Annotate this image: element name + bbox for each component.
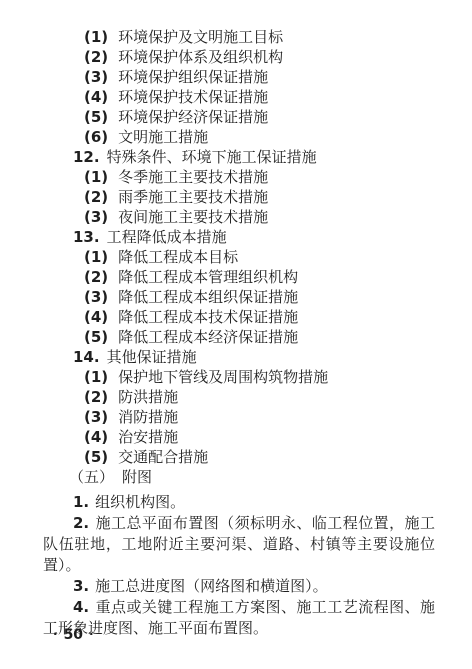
toc-line: (1)环境保护及文明施工目标 (43, 27, 435, 47)
paragraph-marker: 4. (73, 598, 89, 616)
line-text: 附图 (122, 468, 152, 486)
line-text: 交通配合措施 (118, 448, 208, 466)
page-number: ·50· (47, 627, 100, 643)
line-marker: (5) (84, 448, 108, 466)
toc-line: (3)环境保护组织保证措施 (43, 67, 435, 87)
line-marker: (2) (84, 188, 108, 206)
line-marker: (3) (84, 408, 108, 426)
line-marker: (2) (84, 268, 108, 286)
line-marker: 14. (73, 348, 100, 366)
line-marker: (4) (84, 88, 108, 106)
toc-line: (4)治安措施 (43, 427, 435, 447)
line-marker: (2) (84, 48, 108, 66)
line-marker: (6) (84, 128, 108, 146)
appendix-paragraph: 2.施工总平面布置图（须标明永、临工程位置，施工队伍驻地，工地附近主要河渠、道路… (43, 513, 435, 576)
line-text: 雨季施工主要技术措施 (118, 188, 268, 206)
line-text: 环境保护技术保证措施 (118, 88, 268, 106)
toc-line: (6)文明施工措施 (43, 127, 435, 147)
toc-line: (4)环境保护技术保证措施 (43, 87, 435, 107)
toc-line: (2)环境保护体系及组织机构 (43, 47, 435, 67)
page-number-right-dot: · (89, 627, 94, 641)
paragraph-marker: 2. (73, 514, 89, 532)
toc-line: 12.特殊条件、环境下施工保证措施 (43, 147, 435, 167)
line-text: 降低工程成本管理组织机构 (118, 268, 298, 286)
paragraph-text: 施工总平面布置图（须标明永、临工程位置，施工队伍驻地，工地附近主要河渠、道路、村… (43, 514, 435, 574)
toc-line: （五）附图 (43, 467, 435, 487)
toc-line: (1)冬季施工主要技术措施 (43, 167, 435, 187)
appendix-paragraph: 4.重点或关键工程施工方案图、施工工艺流程图、施工形象进度图、施工平面布置图。 (43, 597, 435, 639)
toc-line: (1)保护地下管线及周围构筑物措施 (43, 367, 435, 387)
line-text: 夜间施工主要技术措施 (118, 208, 268, 226)
toc-line: (1)降低工程成本目标 (43, 247, 435, 267)
line-marker: (1) (84, 168, 108, 186)
line-marker: (2) (84, 388, 108, 406)
toc-line: (5)环境保护经济保证措施 (43, 107, 435, 127)
line-text: 环境保护体系及组织机构 (118, 48, 283, 66)
toc-line: (3)消防措施 (43, 407, 435, 427)
line-text: 其他保证措施 (107, 348, 197, 366)
line-marker: (4) (84, 428, 108, 446)
toc-outline-list: (1)环境保护及文明施工目标(2)环境保护体系及组织机构(3)环境保护组织保证措… (43, 27, 435, 487)
toc-line: (5)降低工程成本经济保证措施 (43, 327, 435, 347)
paragraph-text: 施工总进度图（网络图和横道图）。 (95, 577, 328, 595)
line-marker: (1) (84, 28, 108, 46)
line-text: 文明施工措施 (118, 128, 208, 146)
line-marker: (3) (84, 288, 108, 306)
paragraph-text: 重点或关键工程施工方案图、施工工艺流程图、施工形象进度图、施工平面布置图。 (43, 598, 435, 637)
line-marker: (3) (84, 208, 108, 226)
toc-line: (3)降低工程成本组织保证措施 (43, 287, 435, 307)
line-text: 降低工程成本技术保证措施 (118, 308, 298, 326)
line-marker: 12. (73, 148, 100, 166)
document-page: (1)环境保护及文明施工目标(2)环境保护体系及组织机构(3)环境保护组织保证措… (0, 0, 472, 669)
paragraph-marker: 1. (73, 493, 89, 511)
toc-line: (2)降低工程成本管理组织机构 (43, 267, 435, 287)
page-number-left-dot: · (53, 627, 58, 641)
line-text: 环境保护经济保证措施 (118, 108, 268, 126)
line-text: 环境保护及文明施工目标 (118, 28, 283, 46)
toc-line: 13.工程降低成本措施 (43, 227, 435, 247)
appendix-paragraph: 3.施工总进度图（网络图和横道图）。 (43, 576, 435, 597)
appendix-paragraph: 1.组织机构图。 (43, 492, 435, 513)
line-marker: (3) (84, 68, 108, 86)
page-content: (1)环境保护及文明施工目标(2)环境保护体系及组织机构(3)环境保护组织保证措… (43, 27, 435, 639)
line-marker: (1) (84, 248, 108, 266)
line-marker: 13. (73, 228, 100, 246)
line-text: 降低工程成本目标 (118, 248, 238, 266)
line-text: 降低工程成本经济保证措施 (118, 328, 298, 346)
line-text: 特殊条件、环境下施工保证措施 (107, 148, 317, 166)
line-text: 治安措施 (118, 428, 178, 446)
line-marker: (1) (84, 368, 108, 386)
page-number-value: 50 (64, 627, 83, 643)
line-marker: (5) (84, 328, 108, 346)
appendix-paragraphs: 1.组织机构图。2.施工总平面布置图（须标明永、临工程位置，施工队伍驻地，工地附… (43, 492, 435, 639)
toc-line: (4)降低工程成本技术保证措施 (43, 307, 435, 327)
toc-line: (2)防洪措施 (43, 387, 435, 407)
line-text: 消防措施 (118, 408, 178, 426)
paragraph-marker: 3. (73, 577, 89, 595)
toc-line: (5)交通配合措施 (43, 447, 435, 467)
line-marker: （五） (69, 468, 114, 486)
line-text: 降低工程成本组织保证措施 (118, 288, 298, 306)
paragraph-text: 组织机构图。 (95, 493, 185, 511)
line-text: 工程降低成本措施 (107, 228, 227, 246)
toc-line: (3)夜间施工主要技术措施 (43, 207, 435, 227)
line-text: 防洪措施 (118, 388, 178, 406)
toc-line: 14.其他保证措施 (43, 347, 435, 367)
line-text: 冬季施工主要技术措施 (118, 168, 268, 186)
toc-line: (2)雨季施工主要技术措施 (43, 187, 435, 207)
line-marker: (5) (84, 108, 108, 126)
line-text: 环境保护组织保证措施 (118, 68, 268, 86)
line-marker: (4) (84, 308, 108, 326)
line-text: 保护地下管线及周围构筑物措施 (118, 368, 328, 386)
